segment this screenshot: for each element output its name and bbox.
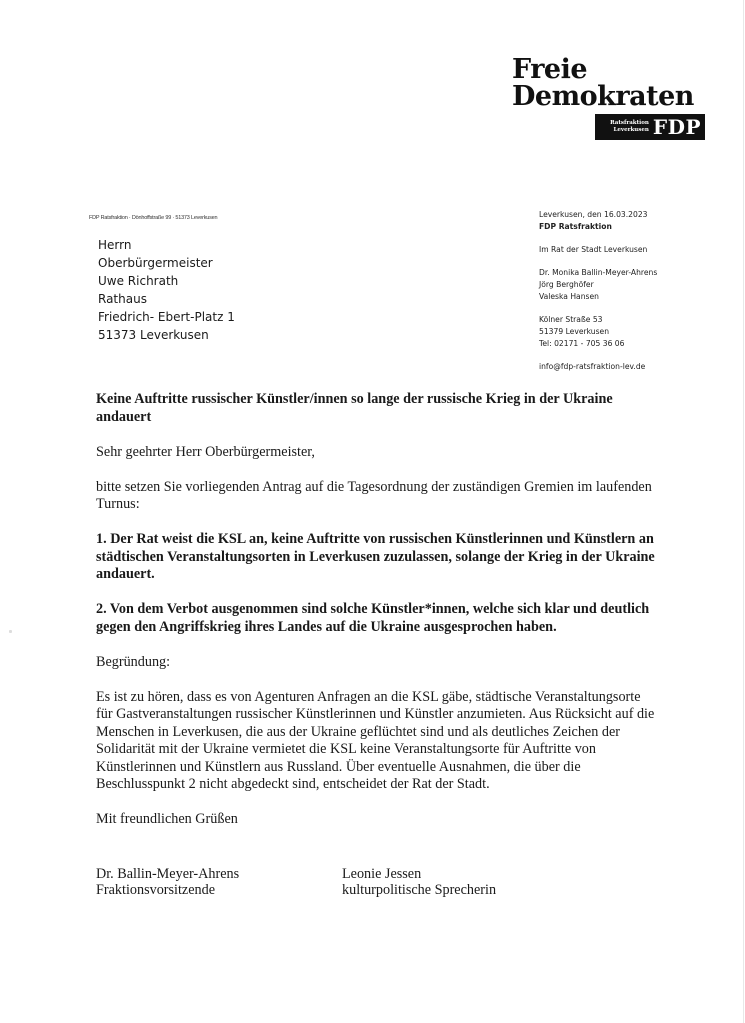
recipient-line: Friedrich- Ebert-Platz 1 (98, 308, 235, 326)
recipient-line: Rathaus (98, 290, 235, 308)
signer-role: kulturpolitische Sprecherin (342, 882, 496, 898)
logo-bar-sub2: Leverkusen (610, 127, 649, 134)
recipient-address: Herrn Oberbürgermeister Uwe Richrath Rat… (98, 236, 235, 344)
signature-block: Leonie Jessen kulturpolitische Sprecheri… (342, 866, 496, 898)
recipient-line: Herrn (98, 236, 235, 254)
letter-body: Keine Auftritte russischer Künstler/inne… (96, 391, 656, 846)
logo-bar: Ratsfraktion Leverkusen FDP (595, 114, 705, 140)
signer-name: Leonie Jessen (342, 866, 496, 882)
signer-name: Dr. Ballin-Meyer-Ahrens (96, 866, 239, 882)
letter-date: Leverkusen, den 16.03.2023 (539, 209, 657, 221)
signer-role: Fraktionsvorsitzende (96, 882, 239, 898)
logo-bar-subtitle: Ratsfraktion Leverkusen (610, 120, 649, 134)
recipient-line: Oberbürgermeister (98, 254, 235, 272)
page-edge (743, 0, 744, 1023)
logo-line-2: Demokraten (512, 83, 697, 110)
reason-paragraph: Es ist zu hören, dass es von Agenturen A… (96, 689, 656, 794)
reason-heading: Begründung: (96, 654, 656, 672)
motion-point-2: 2. Von dem Verbot ausgenommen sind solch… (96, 601, 656, 636)
email-address: info@fdp-ratsfraktion-lev.de (539, 361, 657, 373)
logo-line-1: Freie (512, 56, 697, 83)
address-line: Kölner Straße 53 (539, 314, 657, 326)
logo-bar-sub1: Ratsfraktion (610, 120, 649, 127)
phone-line: Tel: 02171 - 705 36 06 (539, 338, 657, 350)
signature-block: Dr. Ballin-Meyer-Ahrens Fraktionsvorsitz… (96, 866, 239, 898)
recipient-line: Uwe Richrath (98, 272, 235, 290)
sender-info-column: Leverkusen, den 16.03.2023 FDP Ratsfrakt… (539, 209, 657, 373)
fdp-logo: Freie Demokraten Ratsfraktion Leverkusen… (512, 56, 697, 110)
member-name: Valeska Hansen (539, 291, 657, 303)
address-line: 51379 Leverkusen (539, 326, 657, 338)
motion-point-1: 1. Der Rat weist die KSL an, keine Auftr… (96, 531, 656, 584)
recipient-line: 51373 Leverkusen (98, 326, 235, 344)
intro-paragraph: bitte setzen Sie vorliegenden Antrag auf… (96, 479, 656, 514)
salutation: Sehr geehrter Herr Oberbürgermeister, (96, 444, 656, 462)
sender-return-address: FDP Ratsfraktion · Dönhoffstraße 99 · 51… (89, 215, 217, 221)
member-name: Jörg Berghöfer (539, 279, 657, 291)
scan-artifact (9, 630, 12, 633)
closing: Mit freundlichen Grüßen (96, 811, 656, 829)
sender-org: FDP Ratsfraktion (539, 221, 657, 233)
member-name: Dr. Monika Ballin-Meyer-Ahrens (539, 267, 657, 279)
letter-subject: Keine Auftritte russischer Künstler/inne… (96, 391, 656, 426)
council-line: Im Rat der Stadt Leverkusen (539, 244, 657, 256)
logo-fdp: FDP (653, 115, 701, 139)
